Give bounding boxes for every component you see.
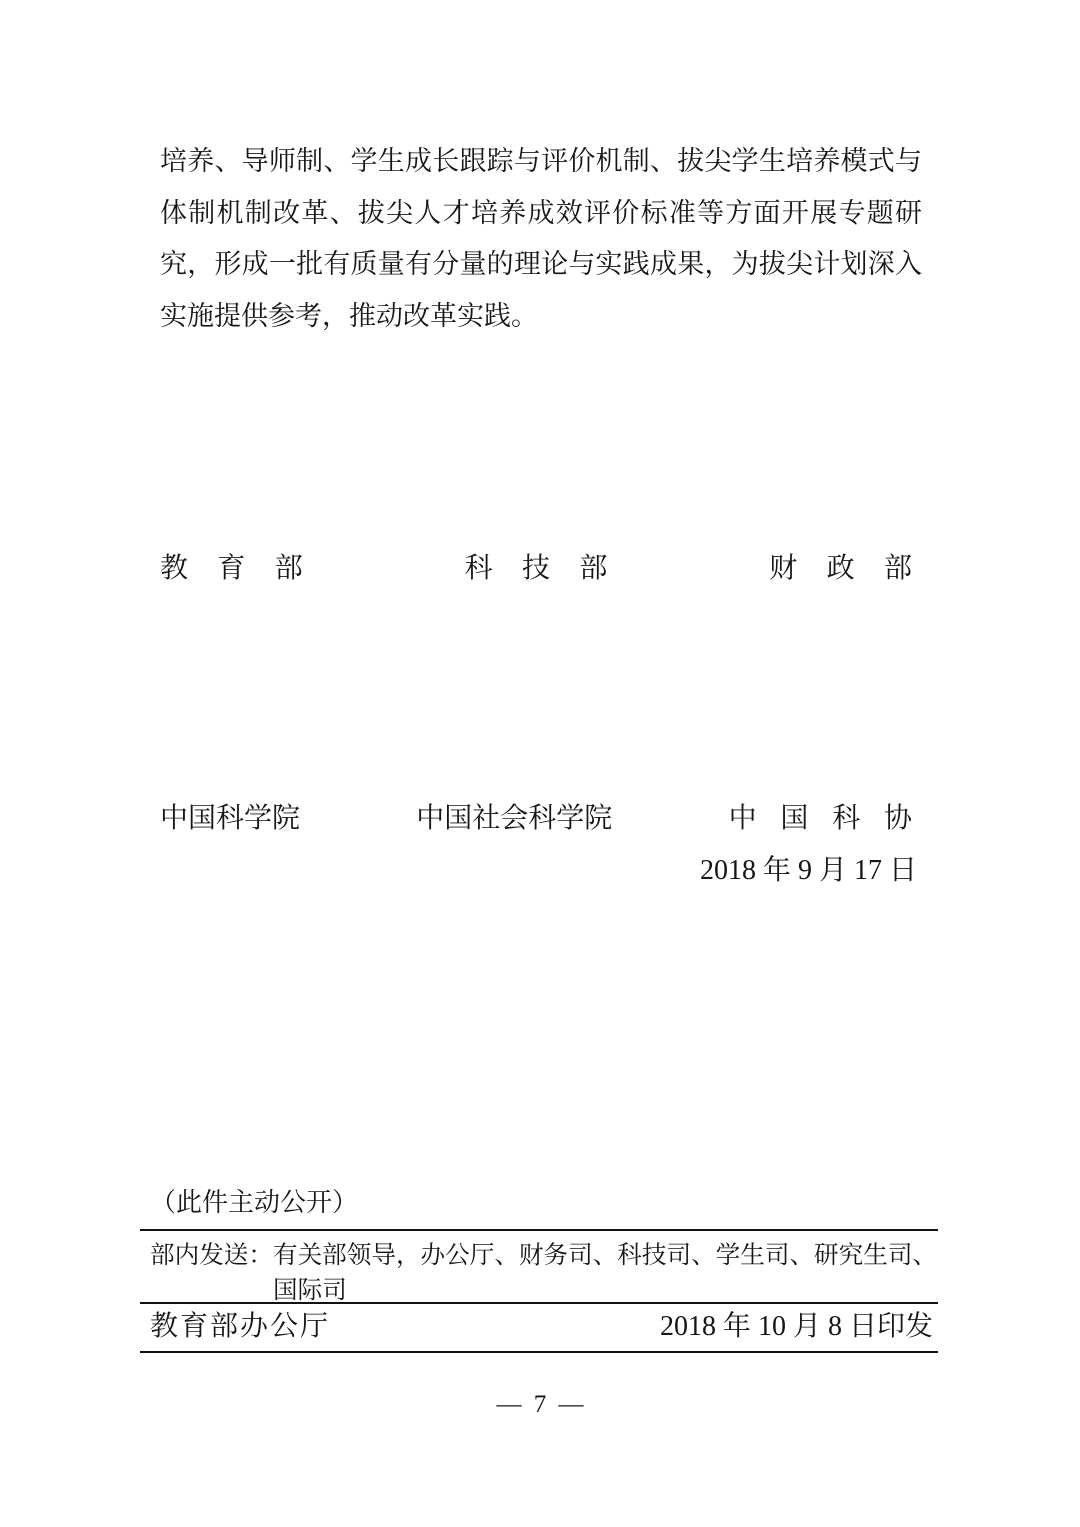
- document-sign-date: 2018 年 9 月 17 日: [160, 854, 917, 888]
- body-paragraph-line: 培养、导师制、学生成长跟踪与评价机制、拔尖学生培养模式与: [160, 136, 922, 188]
- body-paragraph-line: 究，形成一批有质量有分量的理论与实践成果，为拔尖计划深入: [160, 239, 922, 291]
- body-paragraph-line: 实施提供参考，推动改革实践。: [160, 291, 922, 343]
- imprint-row: 教育部办公厅 2018 年 10 月 8 日印发: [150, 1310, 933, 1344]
- signatory-china-association-science-technology: 中国科协: [729, 802, 936, 836]
- footer-divider-middle: [140, 1302, 938, 1304]
- signatory-ministry-of-science-technology: 科技部: [465, 552, 637, 586]
- signatory-ministry-of-education: 教育部: [160, 552, 332, 586]
- distribution-recipients: 有关部领导，办公厅、财务司、科技司、学生司、研究生司、: [273, 1242, 937, 1269]
- official-document-page: 培养、导师制、学生成长跟踪与评价机制、拔尖学生培养模式与 体制机制改革、拔尖人才…: [0, 0, 1080, 1527]
- footer-divider-top: [140, 1229, 938, 1231]
- signatories-row-academies: 中国科学院 中国社会科学院 中国科协: [160, 802, 912, 836]
- signatory-chinese-academy-of-sciences: 中国科学院: [160, 802, 300, 836]
- distribution-label: 部内发送：: [150, 1242, 273, 1269]
- distribution-block: 部内发送：有关部领导，办公厅、财务司、科技司、学生司、研究生司、 国际司: [150, 1238, 950, 1308]
- page-number: — 7 —: [0, 1390, 1080, 1420]
- signatory-ministry-of-finance: 财政部: [769, 552, 941, 586]
- distribution-line: 部内发送：有关部领导，办公厅、财务司、科技司、学生司、研究生司、: [150, 1238, 950, 1273]
- footer-divider-bottom: [140, 1351, 938, 1353]
- body-paragraph: 培养、导师制、学生成长跟踪与评价机制、拔尖学生培养模式与 体制机制改革、拔尖人才…: [160, 136, 922, 343]
- print-date: 2018 年 10 月 8 日印发: [660, 1310, 933, 1344]
- issuing-office: 教育部办公厅: [150, 1310, 330, 1344]
- disclosure-note: （此件主动公开）: [150, 1187, 358, 1219]
- signatories-row-ministries: 教育部 科技部 财政部: [160, 552, 912, 586]
- body-paragraph-line: 体制机制改革、拔尖人才培养成效评价标准等方面开展专题研: [160, 188, 922, 240]
- signatory-chinese-academy-of-social-sciences: 中国社会科学院: [416, 802, 612, 836]
